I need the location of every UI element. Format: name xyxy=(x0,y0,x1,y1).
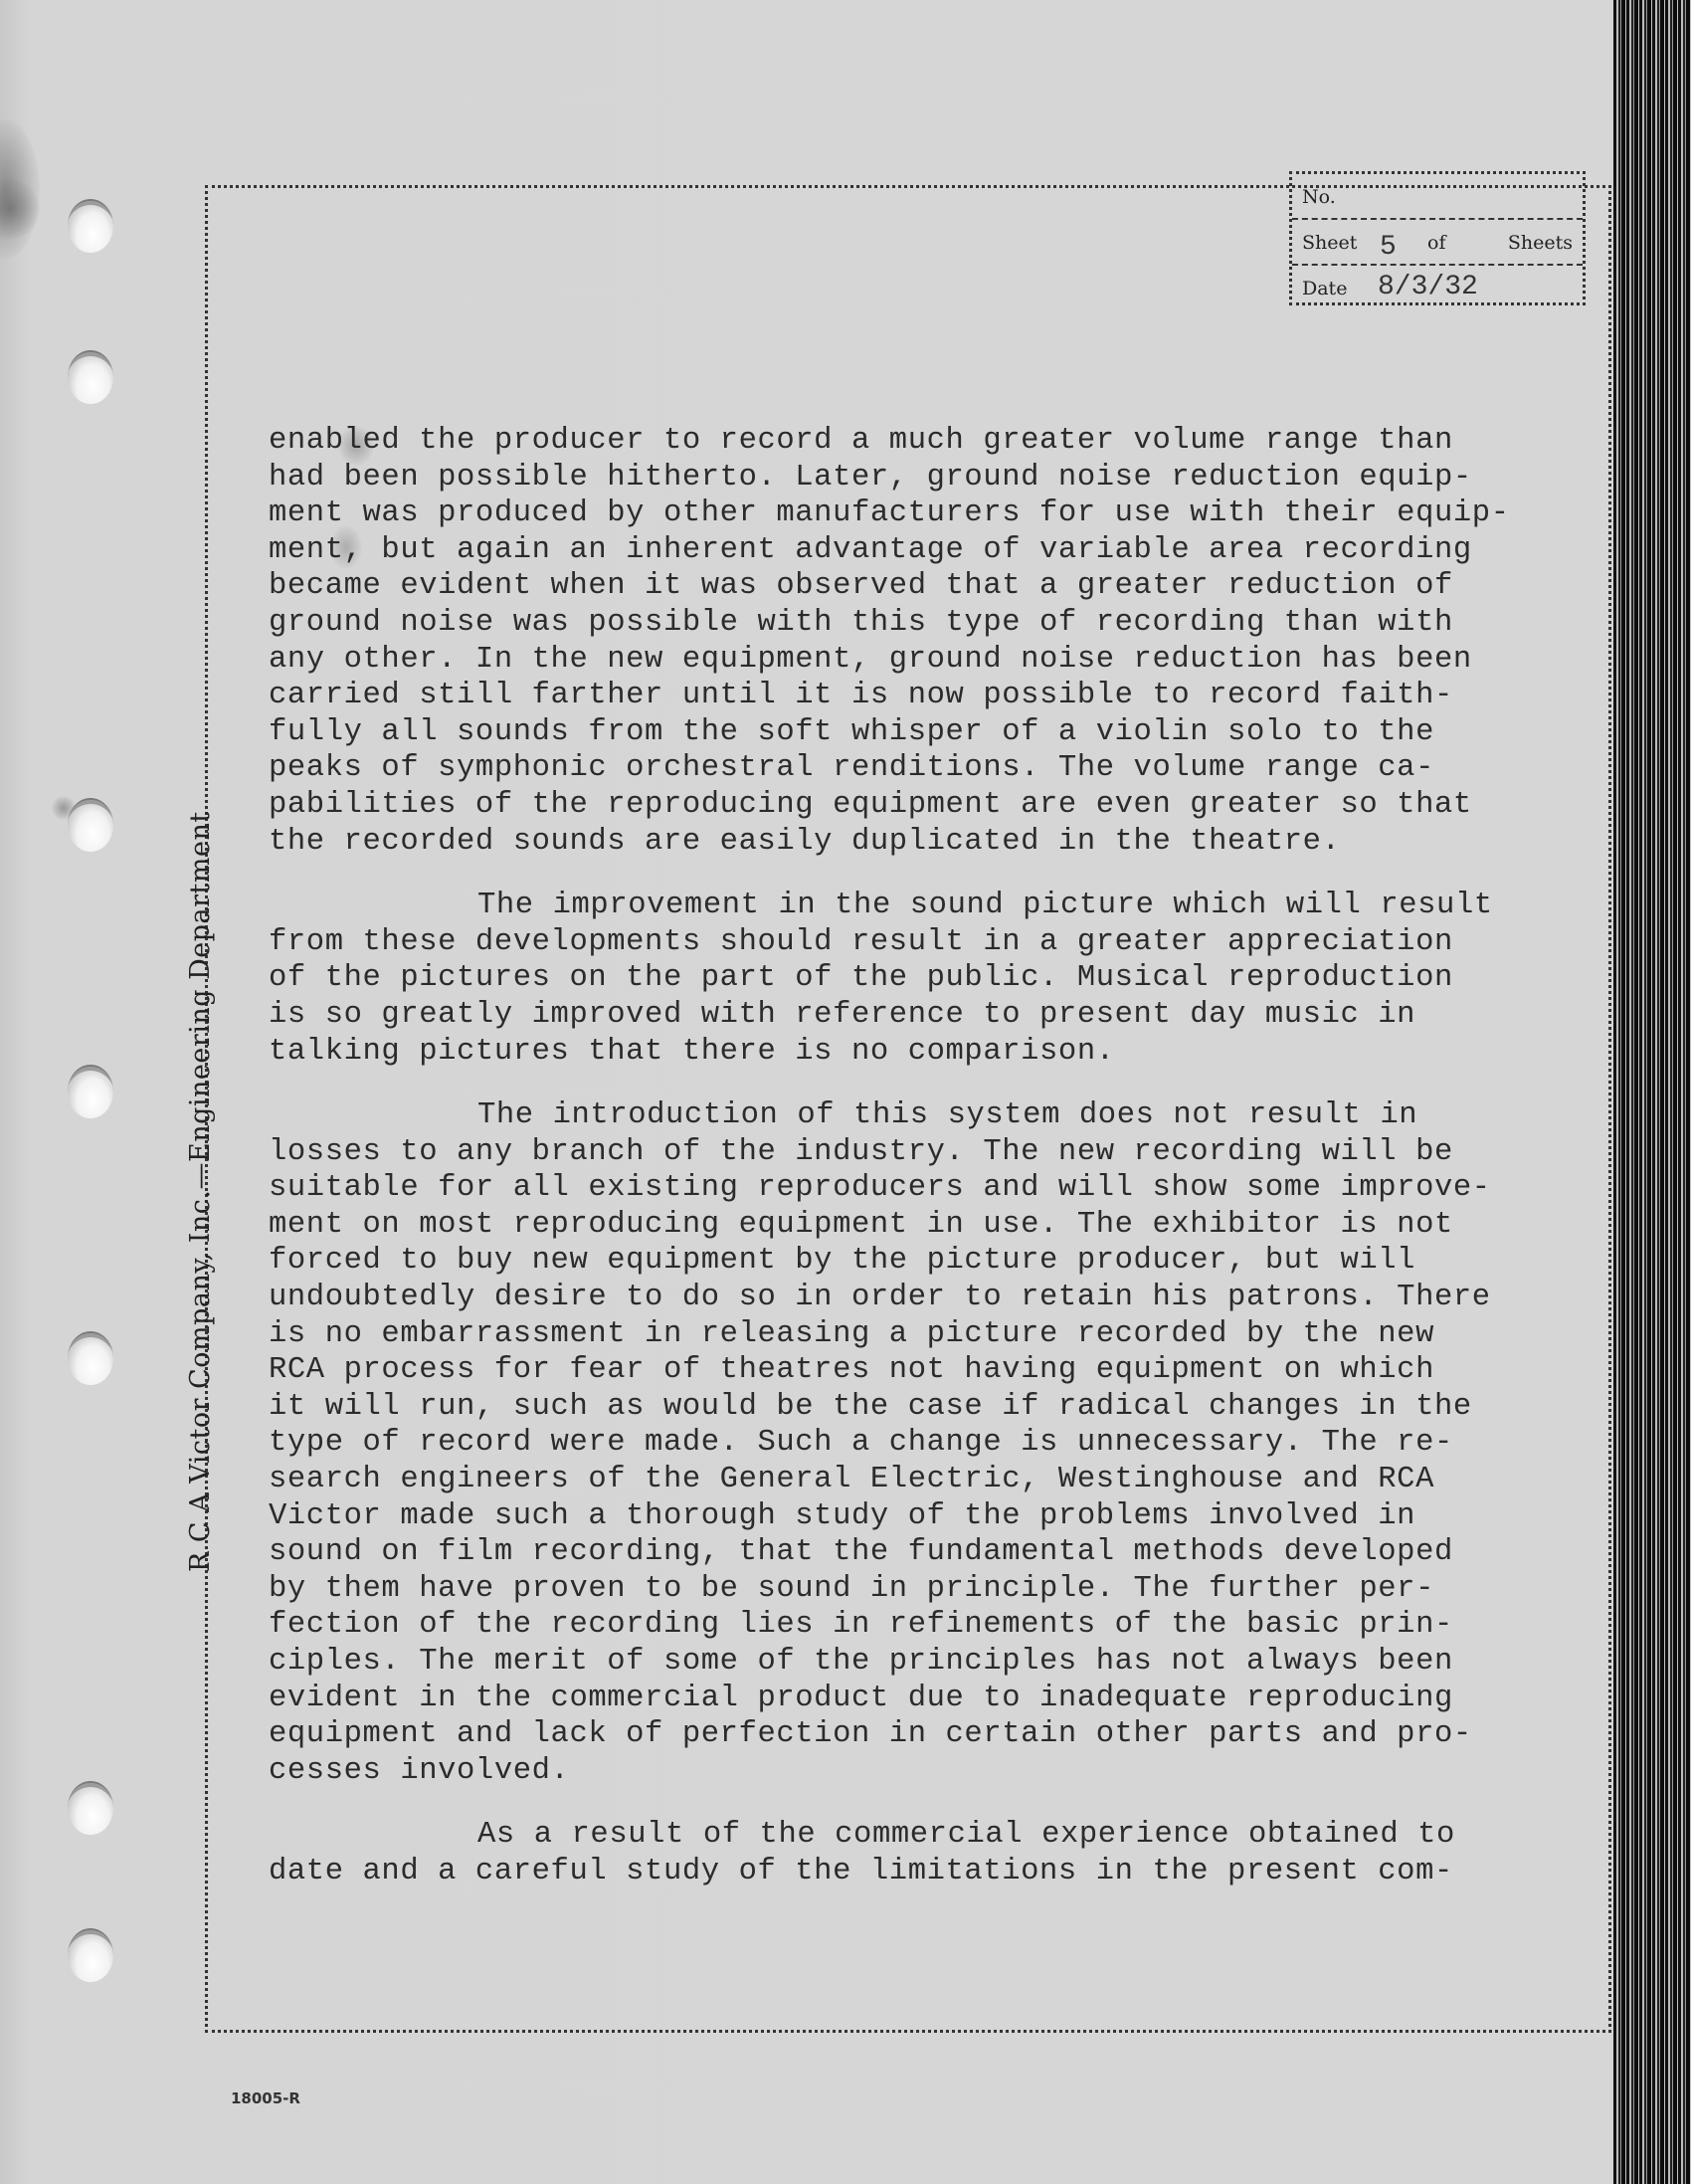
text-line: sound on film recording, that the fundam… xyxy=(269,1534,1582,1571)
text-line: Victor made such a thorough study of the… xyxy=(269,1498,1582,1535)
text-line: peaks of symphonic orchestral renditions… xyxy=(269,750,1582,787)
paragraph-1: enabled the producer to record a much gr… xyxy=(269,423,1582,860)
letterhead-side-label: R C A Victor Company, Inc.—Engineering D… xyxy=(185,811,216,1572)
punch-hole-6 xyxy=(68,1781,113,1835)
text-line: by them have proven to be sound in princ… xyxy=(269,1571,1582,1608)
paragraph-3: The introduction of this system does not… xyxy=(269,1097,1582,1789)
punch-hole-1 xyxy=(68,199,113,253)
sheet-label: Sheet xyxy=(1302,232,1357,254)
text-line: fully all sounds from the soft whisper o… xyxy=(269,714,1582,751)
document-body: enabled the producer to record a much gr… xyxy=(269,423,1582,1918)
sheet-count-row: Sheet 5 of Sheets xyxy=(1292,220,1583,266)
text-line: pabilities of the reproducing equipment … xyxy=(269,787,1582,824)
text-line: ciples. The merit of some of the princip… xyxy=(269,1644,1582,1681)
sheet-number-row: No. xyxy=(1292,174,1583,220)
text-line: undoubtedly desire to do so in order to … xyxy=(269,1280,1582,1316)
text-line: it will run, such as would be the case i… xyxy=(269,1389,1582,1426)
text-line: had been possible hitherto. Later, groun… xyxy=(269,460,1582,496)
text-line: ment, but again an inherent advantage of… xyxy=(269,532,1582,569)
sheet-info-box: No. Sheet 5 of Sheets Date 8/3/32 xyxy=(1289,171,1586,305)
text-line: evident in the commercial product due to… xyxy=(269,1681,1582,1717)
text-line: became evident when it was observed that… xyxy=(269,568,1582,605)
text-line: ground noise was possible with this type… xyxy=(269,605,1582,642)
text-line: date and a careful study of the limitati… xyxy=(269,1854,1582,1890)
text-line: equipment and lack of perfection in cert… xyxy=(269,1716,1582,1753)
of-label: of xyxy=(1427,232,1445,254)
sheet-value: 5 xyxy=(1380,232,1397,263)
punch-hole-4 xyxy=(68,1065,113,1118)
text-line: of the pictures on the part of the publi… xyxy=(269,960,1582,997)
no-label: No. xyxy=(1302,186,1336,208)
text-line: cesses involved. xyxy=(269,1753,1582,1790)
text-line: is so greatly improved with reference to… xyxy=(269,997,1582,1034)
date-row: Date 8/3/32 xyxy=(1292,266,1583,309)
scanned-page: No. Sheet 5 of Sheets Date 8/3/32 R C A … xyxy=(0,0,1611,2184)
text-line: RCA process for fear of theatres not hav… xyxy=(269,1352,1582,1389)
punch-hole-5 xyxy=(68,1331,113,1385)
text-line: enabled the producer to record a much gr… xyxy=(269,423,1582,460)
text-line: the recorded sounds are easily duplicate… xyxy=(269,824,1582,861)
text-line: search engineers of the General Electric… xyxy=(269,1462,1582,1498)
text-line: type of record were made. Such a change … xyxy=(269,1425,1582,1462)
text-line: losses to any branch of the industry. Th… xyxy=(269,1134,1582,1171)
punch-hole-2 xyxy=(68,350,113,404)
text-line: ment on most reproducing equipment in us… xyxy=(269,1207,1582,1244)
text-line: from these developments should result in… xyxy=(269,924,1582,961)
punch-hole-7 xyxy=(68,1928,113,1982)
text-line: carried still farther until it is now po… xyxy=(269,678,1582,714)
text-line: The improvement in the sound picture whi… xyxy=(269,888,1582,924)
text-line: ment was produced by other manufacturers… xyxy=(269,496,1582,532)
punch-hole-3 xyxy=(68,798,113,852)
text-line: any other. In the new equipment, ground … xyxy=(269,642,1582,679)
date-value: 8/3/32 xyxy=(1378,272,1478,302)
text-line: As a result of the commercial experience… xyxy=(269,1817,1582,1854)
text-line: talking pictures that there is no compar… xyxy=(269,1034,1582,1071)
text-line: forced to buy new equipment by the pictu… xyxy=(269,1243,1582,1280)
text-line: fection of the recording lies in refinem… xyxy=(269,1607,1582,1644)
paragraph-2: The improvement in the sound picture whi… xyxy=(269,888,1582,1070)
paragraph-4: As a result of the commercial experience… xyxy=(269,1817,1582,1889)
binding-edge-stripes xyxy=(1613,0,1691,2184)
date-label: Date xyxy=(1302,278,1347,299)
text-line: suitable for all existing reproducers an… xyxy=(269,1170,1582,1207)
text-line: The introduction of this system does not… xyxy=(269,1097,1582,1134)
text-line: is no embarrassment in releasing a pictu… xyxy=(269,1316,1582,1353)
form-code: 18005-R xyxy=(231,2089,300,2107)
sheets-label: Sheets xyxy=(1508,232,1573,254)
